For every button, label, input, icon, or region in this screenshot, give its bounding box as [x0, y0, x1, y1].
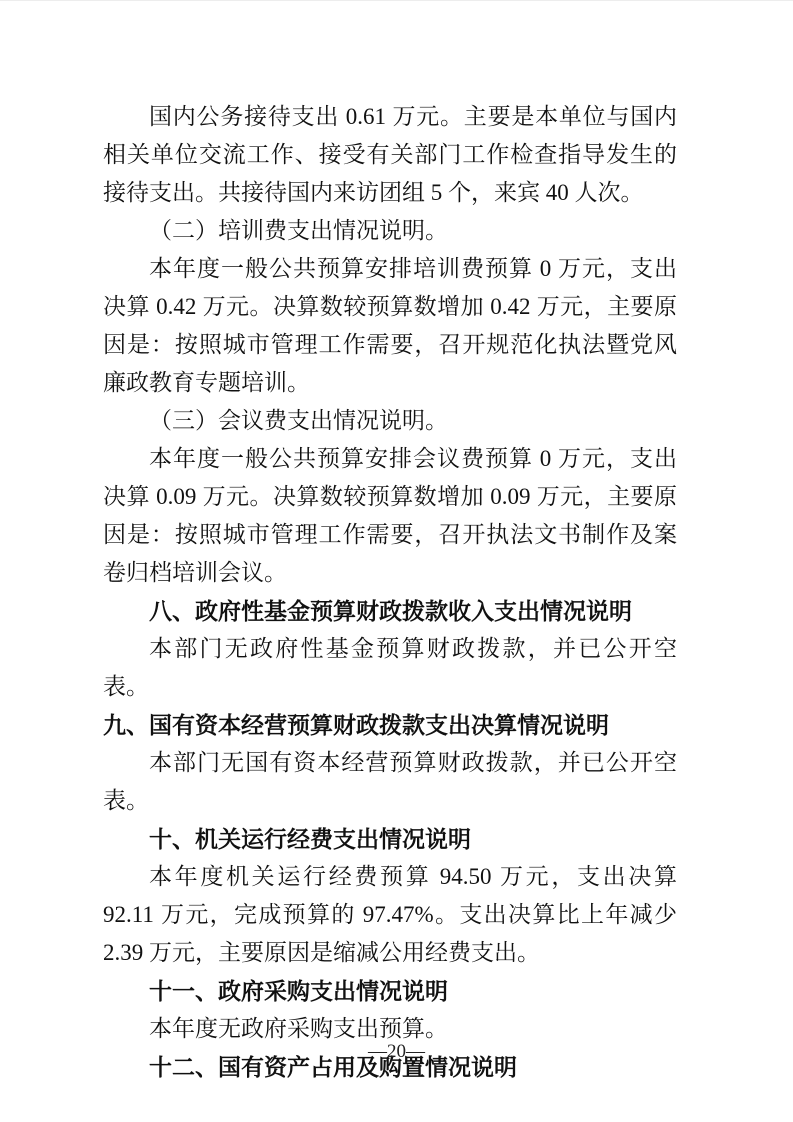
page-number: —20— [368, 1041, 425, 1062]
paragraph-section-9-state-capital: 本部门无国有资本经营预算财政拨款，并已公开空表。 [103, 744, 677, 820]
heading-section-8-government-funds: 八、政府性基金预算财政拨款收入支出情况说明 [103, 592, 677, 630]
subheading-training-expense: （二）培训费支出情况说明。 [103, 212, 677, 250]
paragraph-meeting-expense: 本年度一般公共预算安排会议费预算 0 万元，支出决算 0.09 万元。决算数较预… [103, 440, 677, 592]
document-page: 国内公务接待支出 0.61 万元。主要是本单位与国内相关单位交流工作、接受有关部… [0, 0, 793, 1122]
paragraph-section-10-operating-expense: 本年度机关运行经费预算 94.50 万元，支出决算 92.11 万元，完成预算的… [103, 858, 677, 972]
heading-section-11-procurement: 十一、政府采购支出情况说明 [103, 972, 677, 1010]
document-content: 国内公务接待支出 0.61 万元。主要是本单位与国内相关单位交流工作、接受有关部… [103, 98, 677, 1086]
heading-section-9-state-capital: 九、国有资本经营预算财政拨款支出决算情况说明 [103, 706, 677, 744]
paragraph-training-expense: 本年度一般公共预算安排培训费预算 0 万元，支出决算 0.42 万元。决算数较预… [103, 250, 677, 402]
paragraph-domestic-reception: 国内公务接待支出 0.61 万元。主要是本单位与国内相关单位交流工作、接受有关部… [103, 98, 677, 212]
subheading-meeting-expense: （三）会议费支出情况说明。 [103, 402, 677, 440]
heading-section-10-operating-expense: 十、机关运行经费支出情况说明 [103, 820, 677, 858]
paragraph-section-8-government-funds: 本部门无政府性基金预算财政拨款，并已公开空表。 [103, 630, 677, 706]
page-footer: —20— [0, 1041, 793, 1063]
